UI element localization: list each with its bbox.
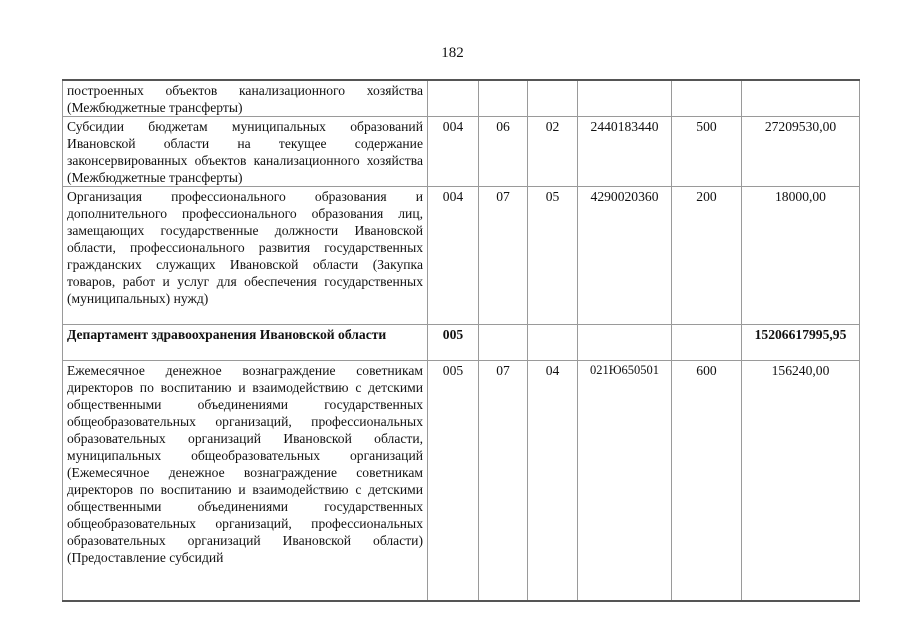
target-article-code: 021Ю650501	[578, 361, 672, 602]
subsection-code: 04	[528, 361, 578, 602]
row-description: построенных объектов канализационного хо…	[63, 80, 428, 117]
amount: 27209530,00	[742, 117, 860, 187]
section-code: 06	[479, 117, 528, 187]
department-total-amount: 15206617995,95	[742, 325, 860, 361]
expense-type-code: 600	[672, 361, 742, 602]
subsection-code: 02	[528, 117, 578, 187]
page-number: 182	[0, 44, 905, 62]
budget-table: построенных объектов канализационного хо…	[62, 79, 860, 602]
row-description: Субсидии бюджетам муниципальных образова…	[63, 117, 428, 187]
amount: 18000,00	[742, 187, 860, 325]
subsection-code: 05	[528, 187, 578, 325]
department-name: Департамент здравоохранения Ивановской о…	[63, 325, 428, 361]
target-article-code	[578, 80, 672, 117]
table-row: Субсидии бюджетам муниципальных образова…	[63, 117, 860, 187]
ved-code: 004	[428, 117, 479, 187]
expense-type-code: 200	[672, 187, 742, 325]
section-code	[479, 325, 528, 361]
table-row: Организация профессионального образовани…	[63, 187, 860, 325]
table-row-department: Департамент здравоохранения Ивановской о…	[63, 325, 860, 361]
amount: 156240,00	[742, 361, 860, 602]
section-code: 07	[479, 187, 528, 325]
expense-type-code	[672, 325, 742, 361]
subsection-code	[528, 325, 578, 361]
ved-code	[428, 80, 479, 117]
ved-code: 005	[428, 325, 479, 361]
table-row: построенных объектов канализационного хо…	[63, 80, 860, 117]
table-row: Ежемесячное денежное вознаграждение сове…	[63, 361, 860, 602]
row-description: Организация профессионального образовани…	[63, 187, 428, 325]
ved-code: 004	[428, 187, 479, 325]
row-description: Ежемесячное денежное вознаграждение сове…	[63, 361, 428, 602]
target-article-code	[578, 325, 672, 361]
expense-type-code	[672, 80, 742, 117]
target-article-code: 4290020360	[578, 187, 672, 325]
subsection-code	[528, 80, 578, 117]
section-code	[479, 80, 528, 117]
section-code: 07	[479, 361, 528, 602]
expense-type-code: 500	[672, 117, 742, 187]
amount	[742, 80, 860, 117]
ved-code: 005	[428, 361, 479, 602]
target-article-code: 2440183440	[578, 117, 672, 187]
